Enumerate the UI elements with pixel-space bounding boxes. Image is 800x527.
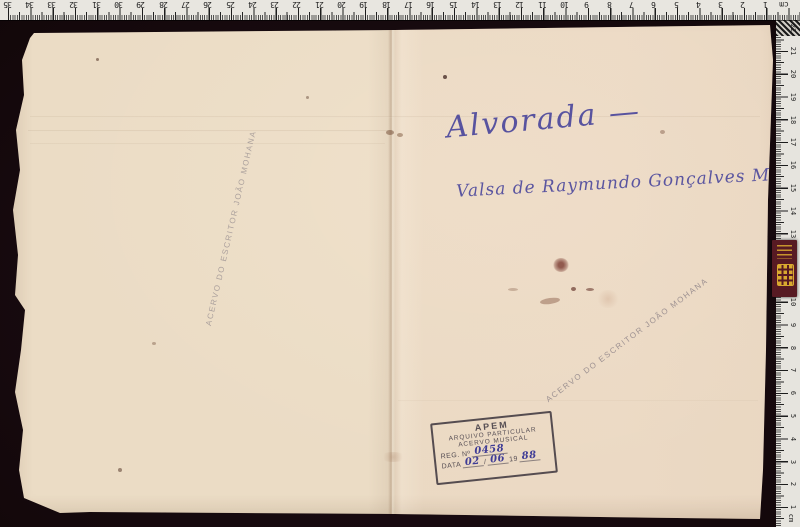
- calibration-card-text-lines: [777, 245, 792, 259]
- horizontal-crease: [30, 116, 760, 118]
- date-day-handwritten: 02: [462, 457, 484, 468]
- ruler-number: 19: [789, 90, 797, 104]
- ruler-number: 25: [221, 0, 241, 9]
- ruler-number: 34: [20, 0, 40, 9]
- ruler-number: 26: [198, 0, 218, 9]
- manuscript-cover-paper: Alvorada — Valsa de Raymundo Gonçalves M…: [0, 0, 800, 527]
- right-ruler-unit-label: cm: [787, 511, 795, 525]
- ruler-number: 6: [644, 0, 664, 9]
- stain: [571, 287, 576, 291]
- ruler-number: 17: [399, 0, 419, 9]
- ruler-number: 1: [756, 0, 776, 9]
- ruler-number: 2: [789, 477, 797, 491]
- stain: [397, 133, 403, 137]
- ruler-number: 6: [789, 386, 797, 400]
- ruler-number: 18: [377, 0, 397, 9]
- ruler-number: 15: [789, 181, 797, 195]
- ruler-number: 9: [577, 0, 597, 9]
- stain: [96, 58, 99, 61]
- ruler-number: 20: [789, 67, 797, 81]
- stain: [553, 258, 569, 272]
- stain: [443, 75, 447, 79]
- horizontal-crease: [28, 130, 388, 132]
- ruler-number: 15: [444, 0, 464, 9]
- date-month-handwritten: 06: [487, 455, 509, 466]
- stain: [380, 452, 406, 462]
- ruler-number: 30: [109, 0, 129, 9]
- stain: [386, 130, 394, 135]
- ruler-number: 7: [789, 363, 797, 377]
- ruler-number: 21: [310, 0, 330, 9]
- top-ruler-unit-label: cm: [774, 0, 794, 9]
- ruler-number: 2: [733, 0, 753, 9]
- ruler-number: 17: [789, 135, 797, 149]
- center-fold-crease: [388, 28, 395, 516]
- date-label: DATA: [441, 462, 461, 471]
- top-cm-ruler: 1234567891011121314151617181920212223242…: [0, 0, 800, 20]
- ruler-number: 8: [600, 0, 620, 9]
- ruler-number: 22: [287, 0, 307, 9]
- ruler-number: 14: [789, 204, 797, 218]
- ruler-number: 29: [131, 0, 151, 9]
- ruler-number: 33: [42, 0, 62, 9]
- ruler-number: 11: [533, 0, 553, 9]
- registration-stamp-box: APEM ARQUIVO PARTICULAR ACERVO MUSICAL R…: [430, 411, 558, 485]
- color-calibration-card: [772, 240, 797, 297]
- ruler-number: 10: [555, 0, 575, 9]
- ruler-number: 13: [488, 0, 508, 9]
- ruler-number: 14: [466, 0, 486, 9]
- stain: [586, 288, 594, 291]
- date-year-handwritten: 88: [518, 451, 540, 462]
- ruler-number: 7: [622, 0, 642, 9]
- stain: [660, 130, 665, 134]
- ruler-number: 23: [265, 0, 285, 9]
- ruler-number: 5: [789, 409, 797, 423]
- ruler-number: 28: [154, 0, 174, 9]
- ruler-number: 31: [87, 0, 107, 9]
- stain: [306, 96, 309, 99]
- ruler-number: 24: [243, 0, 263, 9]
- scanned-document-photo: Alvorada — Valsa de Raymundo Gonçalves M…: [0, 0, 800, 527]
- ruler-number: 16: [789, 158, 797, 172]
- horizontal-crease: [398, 400, 758, 402]
- ruler-number: 8: [789, 341, 797, 355]
- calibration-card-grid-emblem: [777, 264, 794, 286]
- ruler-number: 27: [176, 0, 196, 9]
- ruler-number: 18: [789, 113, 797, 127]
- ruler-number: 10: [789, 295, 797, 309]
- ruler-number: 3: [711, 0, 731, 9]
- stain: [152, 342, 156, 345]
- ruler-number: 16: [421, 0, 441, 9]
- ruler-number: 32: [64, 0, 84, 9]
- ruler-number: 19: [354, 0, 374, 9]
- ruler-number: 13: [789, 227, 797, 241]
- ruler-number: 21: [789, 44, 797, 58]
- date-century-printed: 19: [509, 456, 518, 464]
- ruler-number: 22: [789, 21, 797, 35]
- stain: [596, 290, 620, 308]
- ruler-number: 12: [510, 0, 530, 9]
- stain: [508, 288, 518, 291]
- horizontal-crease: [30, 143, 385, 145]
- ruler-number: 3: [789, 455, 797, 469]
- ruler-number: 4: [789, 432, 797, 446]
- ruler-number: 20: [332, 0, 352, 9]
- ruler-number: 35: [0, 0, 18, 9]
- ruler-number: 5: [667, 0, 687, 9]
- ruler-number: 9: [789, 318, 797, 332]
- stain: [118, 468, 122, 472]
- ruler-number: 4: [689, 0, 709, 9]
